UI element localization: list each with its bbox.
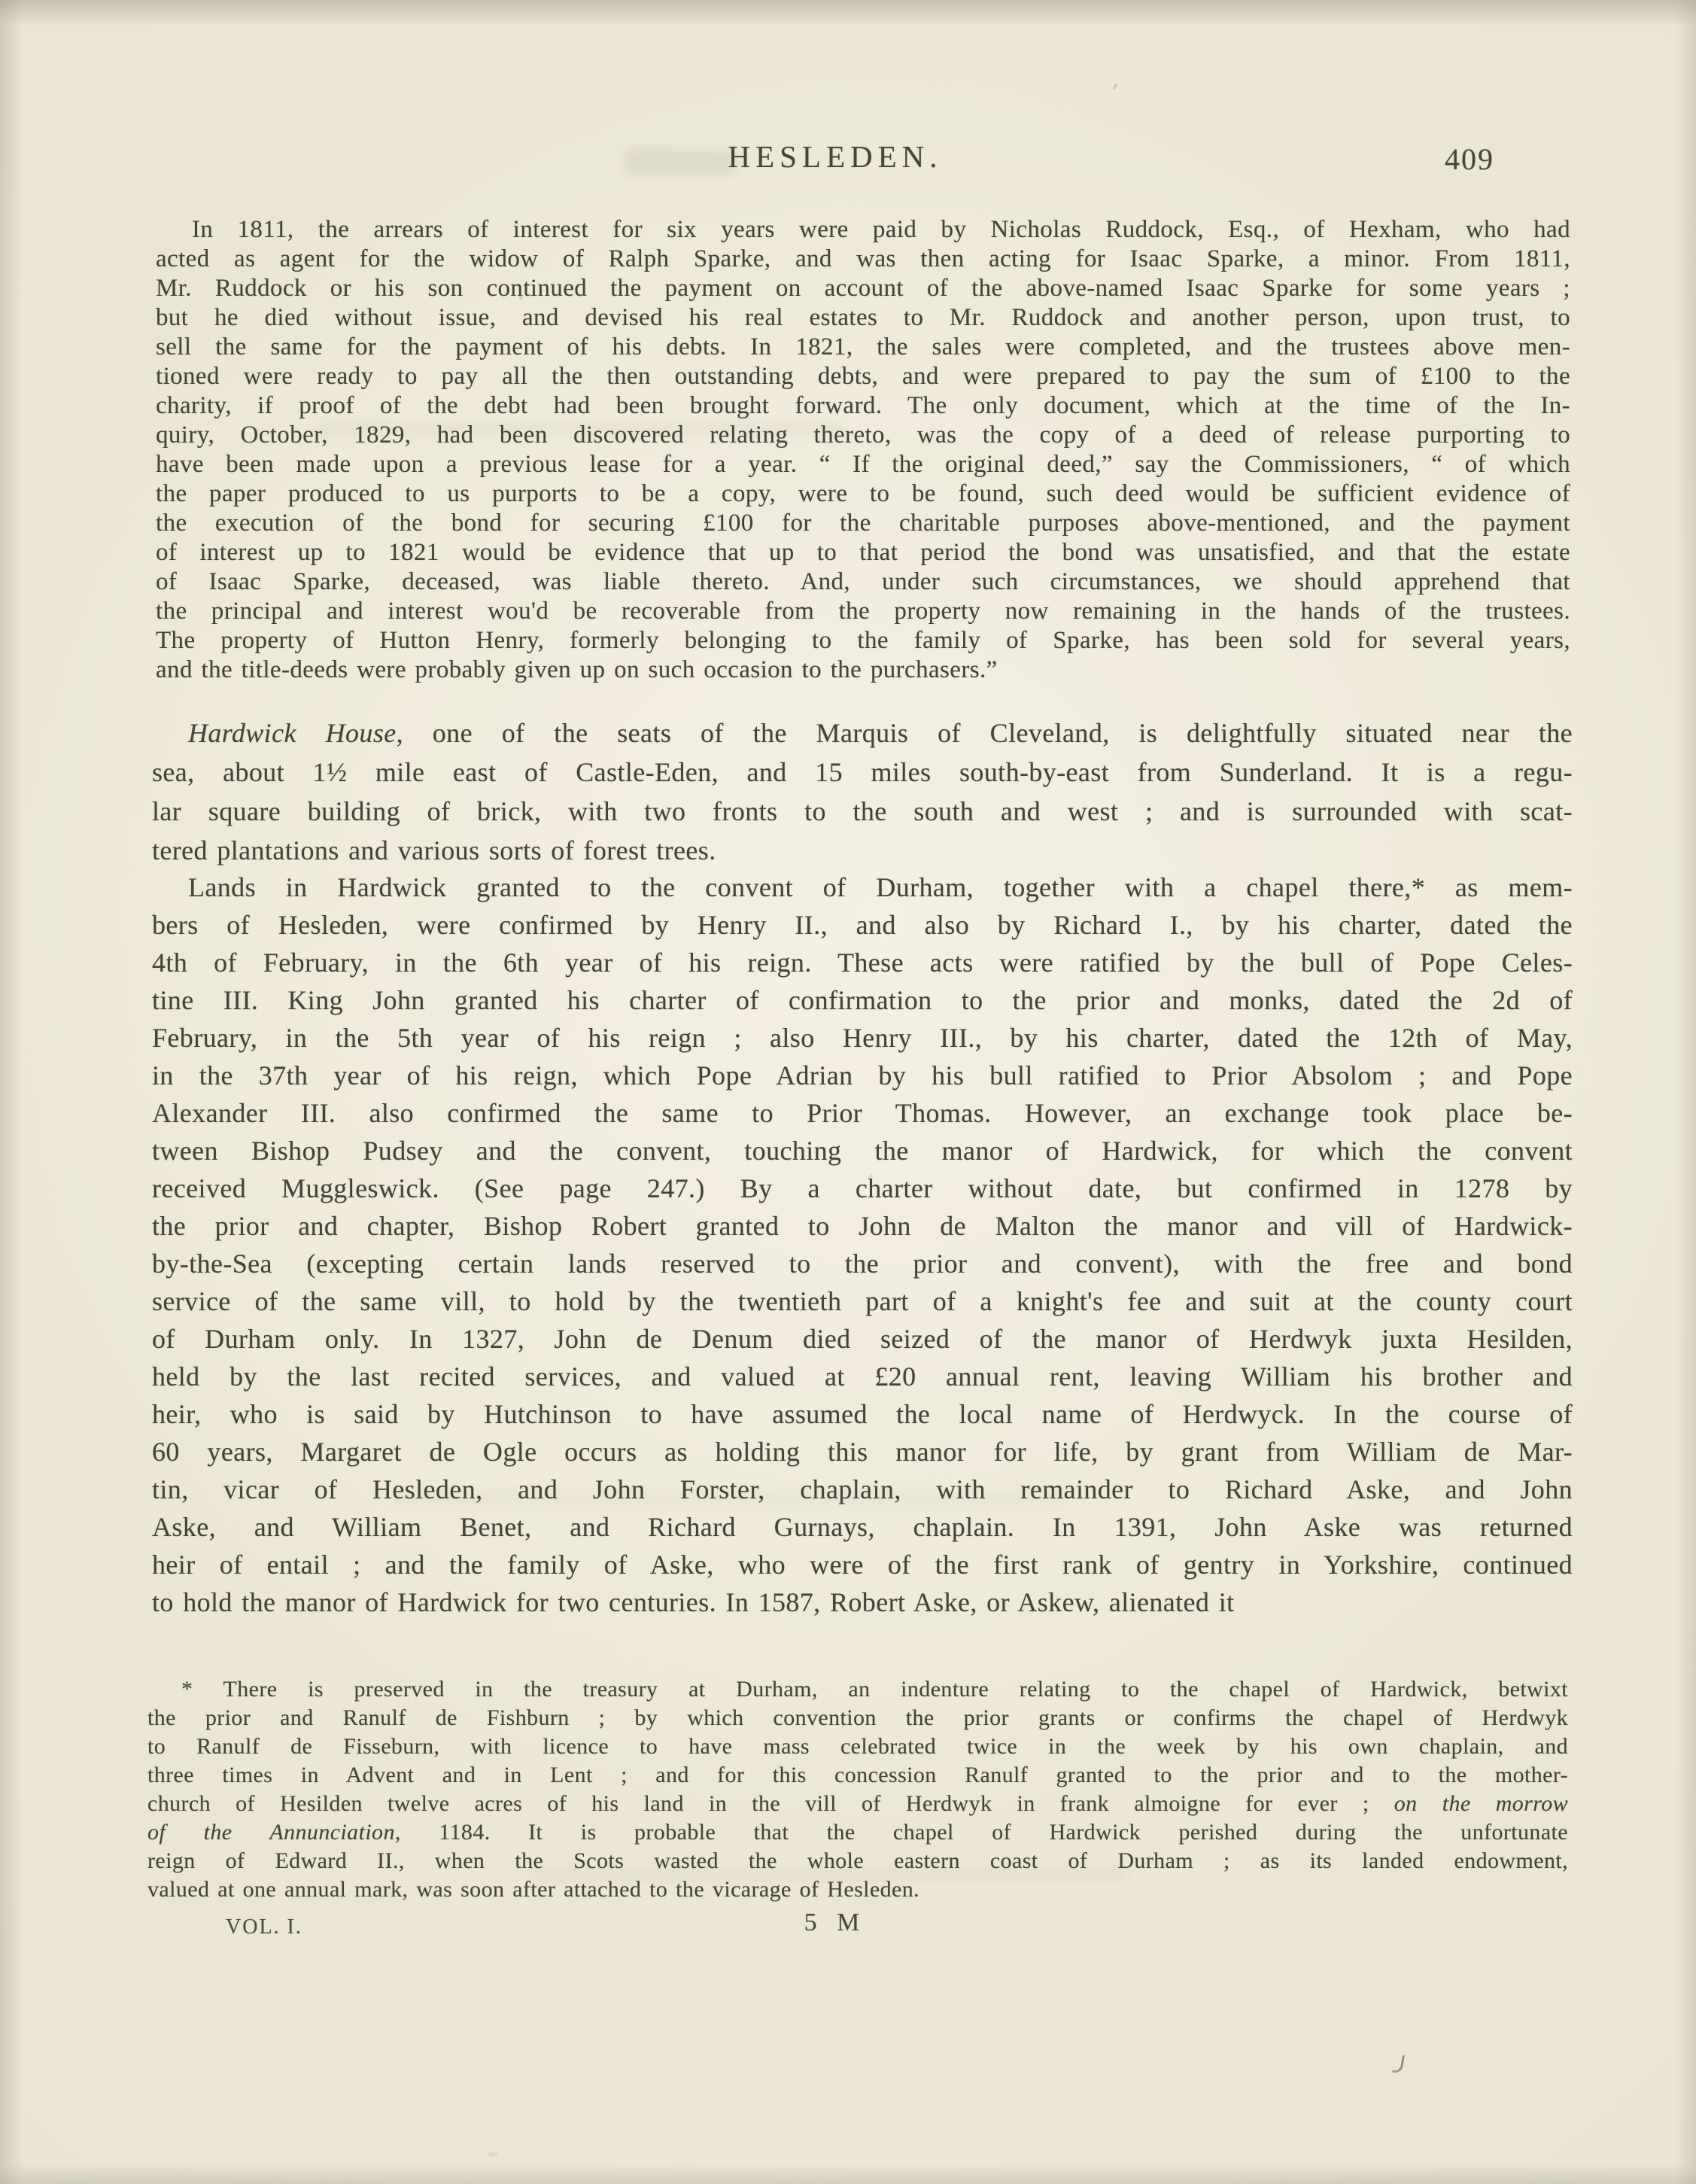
page-title: HESLEDEN. — [728, 138, 942, 175]
signature-mark: 5 M — [783, 1909, 888, 1937]
text-line: in the 37th year of his reign, which Pop… — [152, 1057, 1573, 1094]
text-line: acted as agent for the widow of Ralph Sp… — [156, 245, 1570, 274]
text-line: tween Bishop Pudsey and the convent, tou… — [152, 1132, 1573, 1170]
scan-edge-shadow-bottom — [0, 2164, 1696, 2184]
text-line: tin, vicar of Hesleden, and John Forster… — [152, 1471, 1573, 1508]
text-line: to hold the manor of Hardwick for two ce… — [152, 1583, 1573, 1621]
text-line: lar square building of brick, with two f… — [152, 792, 1573, 831]
text-line: tioned were ready to pay all the then ou… — [156, 362, 1570, 391]
text-line: quiry, October, 1829, had been discovere… — [156, 421, 1570, 450]
text-line: to Ranulf de Fisseburn, with licence to … — [147, 1732, 1568, 1761]
text-line: the principal and interest wou'd be reco… — [156, 597, 1570, 626]
text-line: three times in Advent and in Lent ; and … — [147, 1761, 1568, 1790]
text-line: Aske, and William Benet, and Richard Gur… — [152, 1508, 1573, 1546]
text-line: heir of entail ; and the family of Aske,… — [152, 1546, 1573, 1583]
text-line: of Isaac Sparke, deceased, was liable th… — [156, 567, 1570, 597]
text-line: by-the-Sea (excepting certain lands rese… — [152, 1245, 1573, 1282]
scan-edge-shadow-left — [0, 0, 23, 2184]
text-line: service of the same vill, to hold by the… — [152, 1282, 1573, 1320]
text-line: sell the same for the payment of his deb… — [156, 333, 1570, 362]
paper-fleck — [488, 2152, 498, 2157]
scan-edge-shadow-top — [0, 0, 1696, 26]
paragraph-lands-in-hardwick: Lands in Hardwick granted to the convent… — [152, 868, 1573, 1621]
text-line: heir, who is said by Hutchinson to have … — [152, 1395, 1573, 1433]
text-line: charity, if proof of the debt had been b… — [156, 391, 1570, 421]
text-line: the prior and chapter, Bishop Robert gra… — [152, 1207, 1573, 1245]
text-line: of interest up to 1821 would be evidence… — [156, 538, 1570, 567]
text-line: Hardwick House, one of the seats of the … — [152, 713, 1573, 753]
text-line: February, in the 5th year of his reign ;… — [152, 1019, 1573, 1057]
text-line: reign of Edward II., when the Scots wast… — [147, 1847, 1568, 1875]
paper-fleck — [1112, 83, 1118, 91]
page-number: 409 — [1445, 141, 1494, 177]
text-line: but he died without issue, and devised h… — [156, 303, 1570, 333]
scanned-book-page: HESLEDEN. 409 In 1811, the arrears of in… — [0, 0, 1696, 2184]
footnote: * There is preserved in the treasury at … — [147, 1675, 1568, 1904]
volume-label: VOL. I. — [226, 1915, 302, 1939]
text-line: of the Annunciation, 1184. It is probabl… — [147, 1818, 1568, 1847]
text-line: valued at one annual mark, was soon afte… — [147, 1875, 1568, 1904]
text-line: The property of Hutton Henry, formerly b… — [156, 626, 1570, 656]
text-line: and the title-deeds were probably given … — [156, 656, 1570, 685]
ink-speck — [1392, 2054, 1405, 2074]
text-line: Mr. Ruddock or his son continued the pay… — [156, 274, 1570, 303]
text-line: of Durham only. In 1327, John de Denum d… — [152, 1320, 1573, 1358]
text-line: church of Hesilden twelve acres of his l… — [147, 1790, 1568, 1818]
text-line: the paper produced to us purports to be … — [156, 479, 1570, 509]
text-line: Alexander III. also confirmed the same t… — [152, 1094, 1573, 1132]
paper-fleck — [869, 1174, 873, 1178]
text-line: held by the last recited services, and v… — [152, 1358, 1573, 1395]
text-line: * There is preserved in the treasury at … — [147, 1675, 1568, 1704]
paper-fleck — [519, 294, 523, 300]
text-line: 60 years, Margaret de Ogle occurs as hol… — [152, 1433, 1573, 1471]
paragraph-hardwick-house: Hardwick House, one of the seats of the … — [152, 713, 1573, 870]
text-line: tine III. King John granted his charter … — [152, 981, 1573, 1019]
paragraph-arrears-of-interest: In 1811, the arrears of interest for six… — [156, 215, 1570, 685]
text-line: bers of Hesleden, were confirmed by Henr… — [152, 906, 1573, 944]
text-line: the prior and Ranulf de Fishburn ; by wh… — [147, 1704, 1568, 1732]
text-line: Lands in Hardwick granted to the convent… — [152, 868, 1573, 906]
text-line: have been made upon a previous lease for… — [156, 450, 1570, 479]
text-line: tered plantations and various sorts of f… — [152, 831, 1573, 870]
text-line: 4th of February, in the 6th year of his … — [152, 944, 1573, 981]
running-header: HESLEDEN. — [0, 138, 1696, 175]
text-line: received Muggleswick. (See page 247.) By… — [152, 1170, 1573, 1207]
text-line: the execution of the bond for securing £… — [156, 509, 1570, 538]
scan-edge-shadow-right — [1676, 0, 1696, 2184]
text-line: sea, about 1½ mile east of Castle-Eden, … — [152, 753, 1573, 792]
text-line: In 1811, the arrears of interest for six… — [156, 215, 1570, 245]
